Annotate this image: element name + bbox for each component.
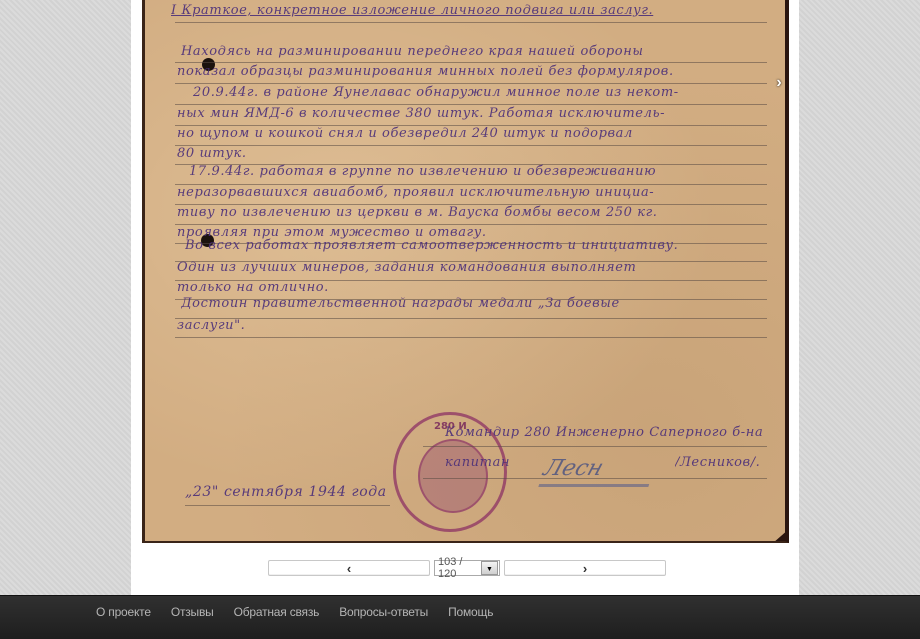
signature-name: /Лесников/. xyxy=(675,455,760,470)
ruled-line xyxy=(423,478,767,479)
document-line: ных мин ЯМД-6 в количестве 380 штук. Раб… xyxy=(177,106,763,121)
document-heading: I Краткое, конкретное изложение личного … xyxy=(171,3,763,18)
ruled-line xyxy=(175,62,767,63)
dropdown-arrow-icon[interactable]: ▼ xyxy=(481,561,498,575)
page-indicator: 103 / 120 xyxy=(435,556,481,580)
next-page-button[interactable]: › xyxy=(504,560,666,576)
document-scan-image: I Краткое, конкретное изложение личного … xyxy=(142,0,789,543)
page-navigation: ‹ 103 / 120 ▼ › xyxy=(268,560,666,576)
signature-scrawl: Лесн xyxy=(538,458,657,487)
previous-page-button[interactable]: ‹ xyxy=(268,560,430,576)
document-line: тиву по извлечению из церкви в м. Вауска… xyxy=(177,205,763,220)
ruled-line xyxy=(175,83,767,84)
stamp-emblem xyxy=(418,439,488,513)
document-line: 80 штук. xyxy=(177,146,763,161)
chevron-left-icon: ‹ xyxy=(347,561,351,576)
document-line: Один из лучших минеров, задания командов… xyxy=(177,260,763,275)
document-line: показал образцы разминирования минных по… xyxy=(177,64,763,79)
ruled-line xyxy=(423,446,767,447)
document-line: неразорвавшихся авиабомб, проявил исключ… xyxy=(177,185,763,200)
next-page-overlay-arrow-icon[interactable]: › xyxy=(771,74,787,92)
footer-link-help[interactable]: Помощь xyxy=(448,605,493,619)
ruled-line xyxy=(185,505,390,506)
document-line: 17.9.44г. работая в группе по извлечению… xyxy=(189,164,763,179)
ruled-line xyxy=(175,104,767,105)
document-line: 20.9.44г. в районе Яунелавас обнаружил м… xyxy=(193,85,763,100)
document-viewer-panel: I Краткое, конкретное изложение личного … xyxy=(131,0,799,595)
document-date: „23" сентября 1944 года xyxy=(185,484,387,500)
chevron-right-icon: › xyxy=(583,561,587,576)
ruled-line xyxy=(175,337,767,338)
document-line: но щупом и кошкой снял и обезвредил 240 … xyxy=(177,126,763,141)
footer-link-faq[interactable]: Вопросы-ответы xyxy=(339,605,428,619)
document-line: Достоин правительственной награды медали… xyxy=(181,296,763,311)
signature-title: Командир 280 Инженерно Саперного б-на xyxy=(445,425,765,440)
document-line: Находясь на разминировании переднего кра… xyxy=(181,44,763,59)
signature-rank: капитан xyxy=(445,455,510,470)
document-line: Во всех работах проявляет самоотверженно… xyxy=(185,238,763,253)
footer-link-reviews[interactable]: Отзывы xyxy=(171,605,214,619)
paper-corner xyxy=(773,529,789,543)
footer-nav: О проекте Отзывы Обратная связь Вопросы-… xyxy=(96,605,513,619)
footer-link-feedback[interactable]: Обратная связь xyxy=(234,605,320,619)
site-footer: О проекте Отзывы Обратная связь Вопросы-… xyxy=(0,595,920,639)
page-select-dropdown[interactable]: 103 / 120 ▼ xyxy=(434,560,500,576)
document-line: только на отлично. xyxy=(177,280,763,295)
document-line: заслуги". xyxy=(177,318,763,333)
ruled-line xyxy=(175,22,767,23)
footer-link-about[interactable]: О проекте xyxy=(96,605,151,619)
